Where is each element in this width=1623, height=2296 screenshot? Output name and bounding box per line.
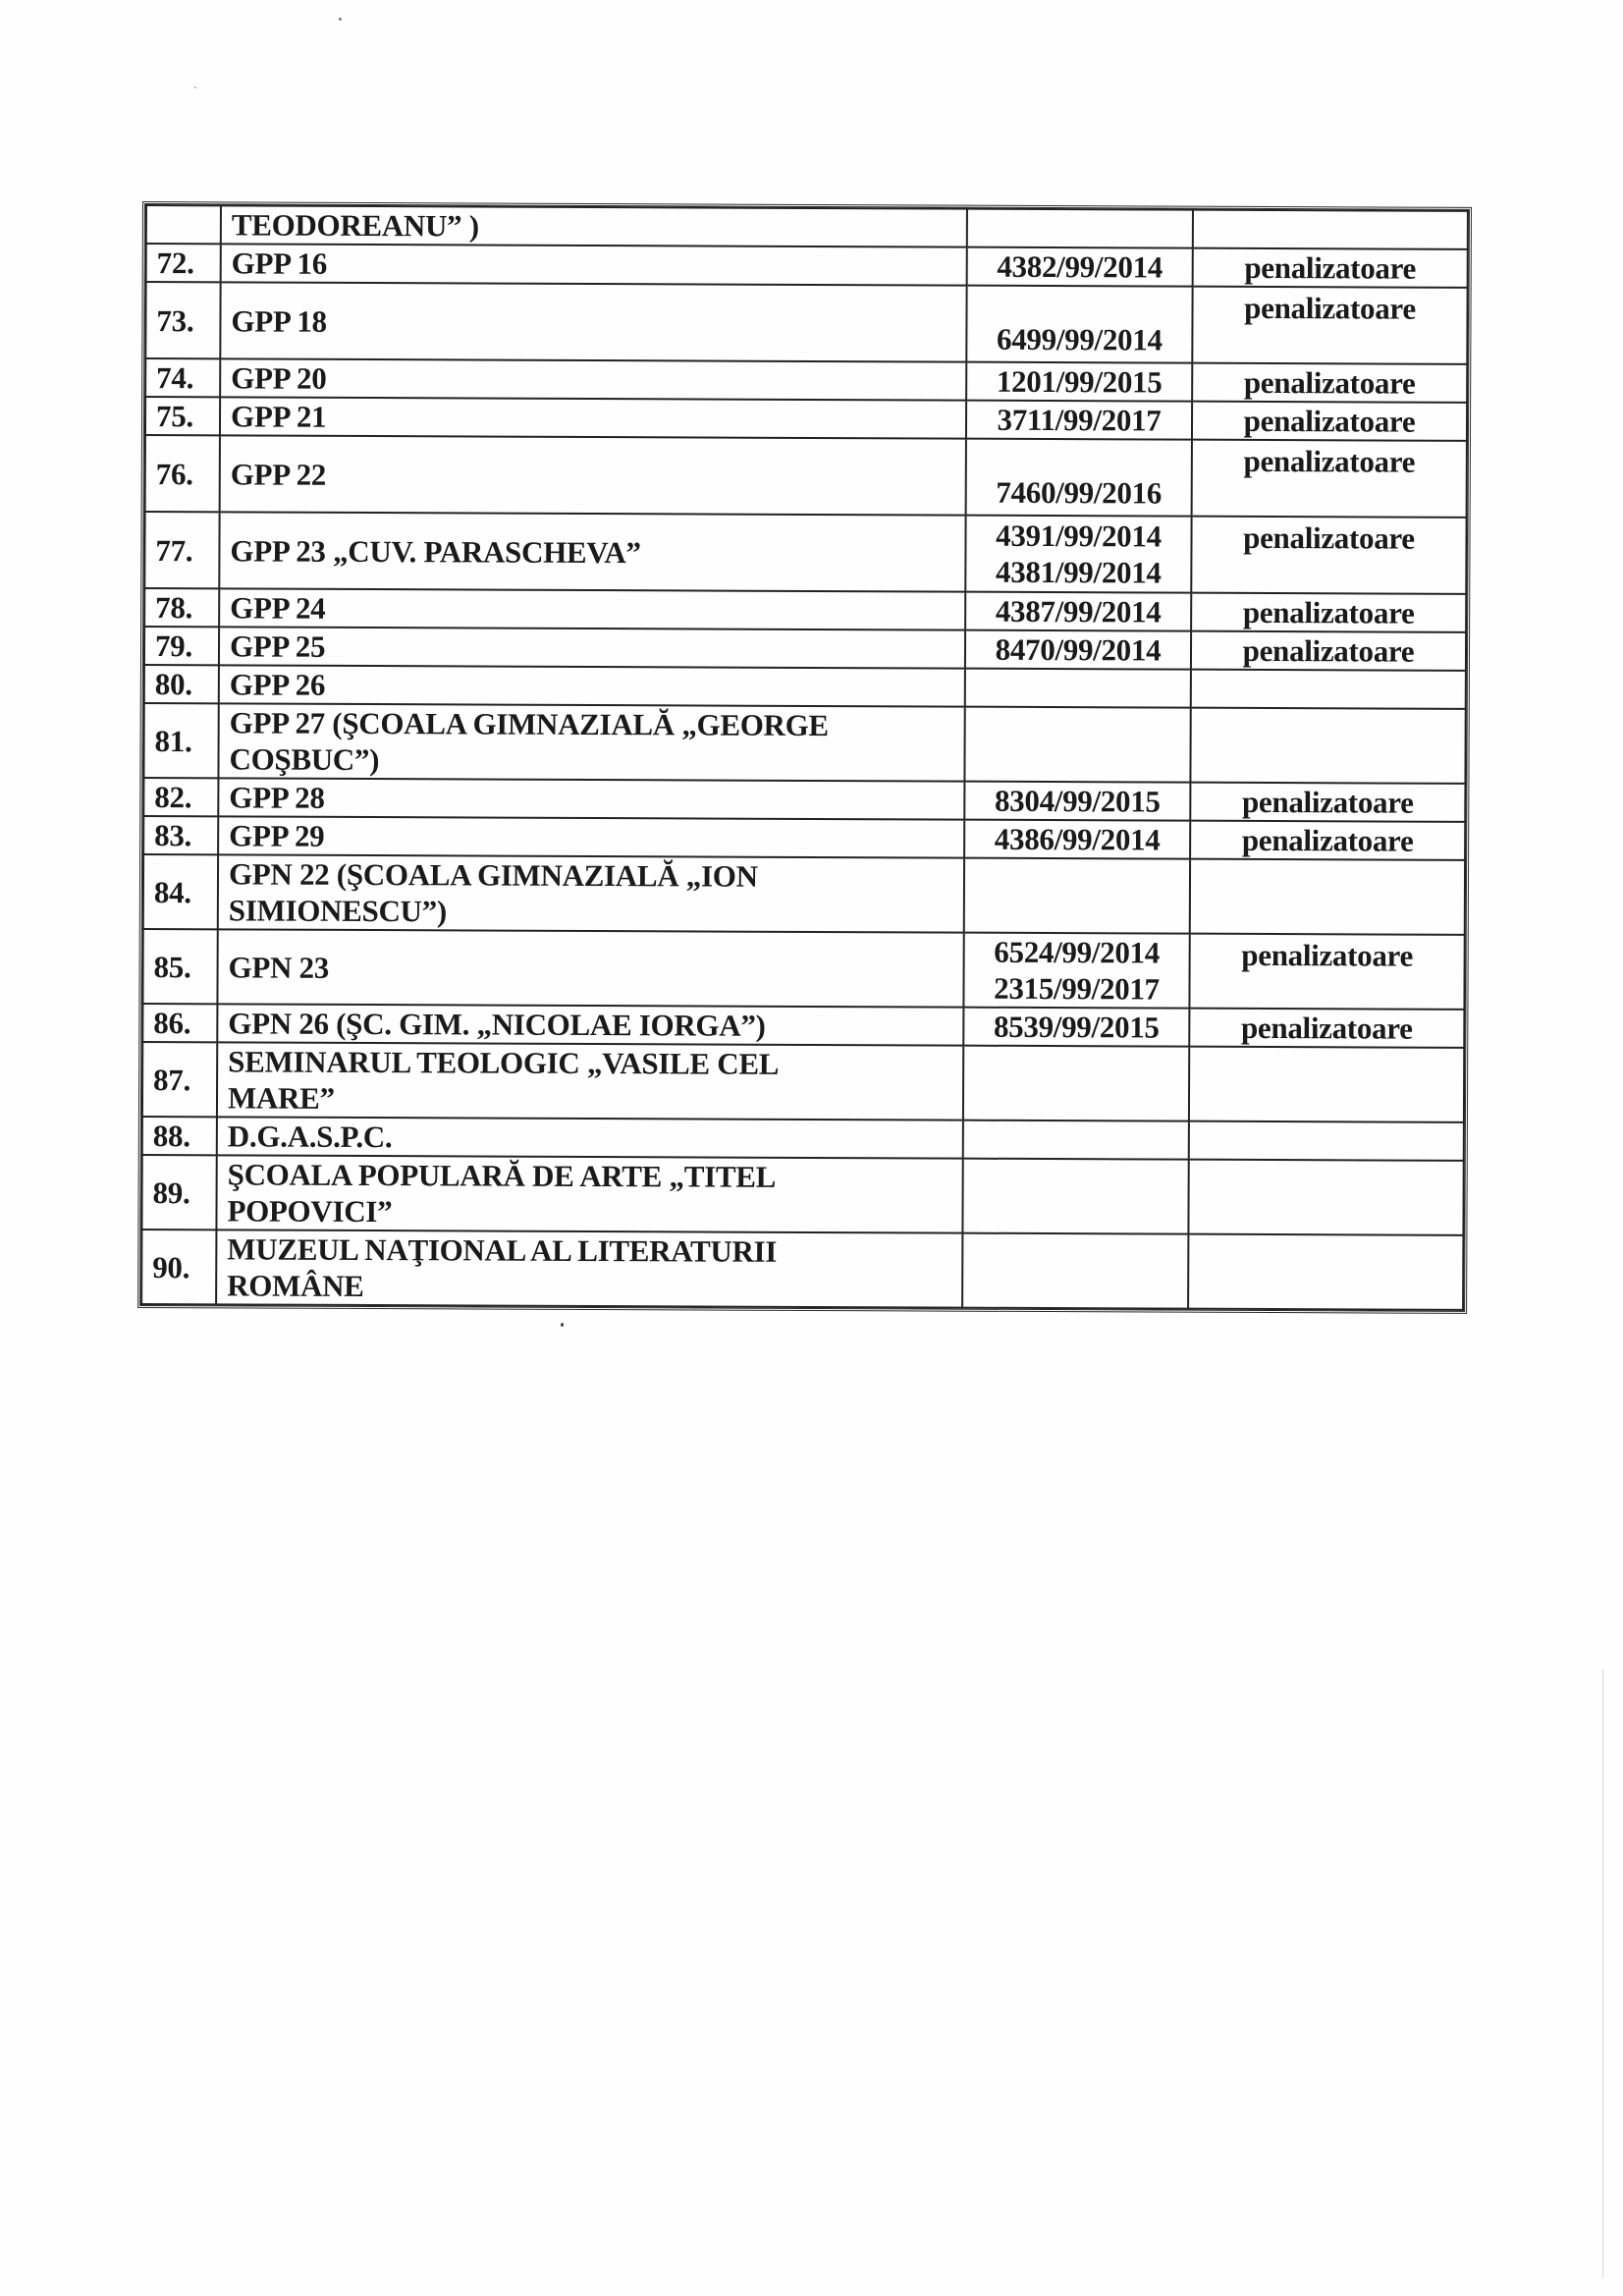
institution-name-line: GPP 24	[230, 589, 954, 629]
table-row: 81. GPP 27 (ŞCOALA GIMNAZIALĂ „GEORGECOŞ…	[143, 703, 1465, 784]
reference-number: 6524/99/2014	[975, 934, 1179, 971]
scan-speck	[561, 1323, 564, 1327]
institution-name-line: GPP 18	[231, 302, 955, 342]
row-number: 72.	[146, 244, 221, 282]
reference-numbers: 4382/99/2014	[967, 247, 1193, 287]
status-cell: penalizatoare	[1191, 593, 1466, 632]
institution-name: GPP 16	[221, 244, 967, 285]
status-cell	[1190, 708, 1465, 784]
status-cell	[1189, 1047, 1464, 1122]
reference-number: 8539/99/2015	[974, 1009, 1178, 1046]
institution-name-line: GPP 28	[229, 779, 953, 818]
row-number: 86.	[142, 1004, 217, 1042]
table-row: 89. ŞCOALA POPULARĂ DE ARTE „TITELPOPOVI…	[141, 1155, 1463, 1235]
reference-number: 4391/99/2014	[976, 518, 1180, 555]
reference-numbers	[963, 1046, 1189, 1121]
status-cell	[1191, 670, 1466, 709]
reference-numbers: 4386/99/2014	[964, 820, 1190, 859]
table-row: 88. D.G.A.S.P.C.	[142, 1117, 1464, 1161]
institution-name: GPP 26	[219, 665, 965, 706]
institution-name: GPP 25	[219, 627, 965, 668]
status-cell: penalizatoare	[1190, 783, 1465, 822]
table-row: 73. GPP 18 6499/99/2014 penalizatoare	[145, 282, 1467, 364]
table-row: 79. GPP 25 8470/99/2014 penalizatoare	[144, 627, 1466, 671]
reference-numbers: 8304/99/2015	[964, 782, 1190, 821]
institution-name-line: POPOVICI”	[227, 1192, 951, 1231]
status-cell: penalizatoare	[1192, 287, 1467, 364]
table-row: 84. GPN 22 (ŞCOALA GIMNAZIALĂ „IONSIMION…	[143, 854, 1465, 935]
institution-name: GPN 26 (ŞC. GIM. „NICOLAE IORGA”)	[217, 1004, 963, 1045]
scan-edge-line	[1602, 1669, 1603, 2278]
institution-name-line: GPP 16	[232, 245, 956, 284]
status-cell	[1190, 859, 1465, 935]
scanned-page: TEODOREANU” ) 72. GPP 16 4382/99/2014 pe…	[0, 0, 1623, 2296]
table-row: 90. MUZEUL NAŢIONAL AL LITERATURIIROMÂNE	[141, 1230, 1463, 1310]
row-number: 80.	[144, 665, 219, 703]
reference-numbers	[964, 858, 1190, 934]
row-number: 77.	[144, 512, 219, 588]
row-number: 79.	[144, 627, 219, 665]
table-row: 85. GPN 23 6524/99/20142315/99/2017 pena…	[142, 929, 1464, 1010]
institution-name-line: ŞCOALA POPULARĂ DE ARTE „TITEL	[228, 1156, 952, 1195]
row-number: 85.	[142, 929, 217, 1004]
reference-number: 6499/99/2014	[977, 321, 1181, 358]
row-number: 78.	[144, 588, 219, 627]
row-number: 81.	[143, 703, 218, 778]
institution-name-line: GPP 26	[230, 666, 954, 705]
institution-name-line: ROMÂNE	[227, 1267, 951, 1306]
institution-name-line: GPN 22 (ŞCOALA GIMNAZIALĂ „ION	[229, 855, 953, 895]
institution-name-line: GPP 23 „CUV. PARASCHEVA”	[230, 532, 954, 572]
institution-name-line: GPP 29	[229, 817, 953, 856]
status-cell	[1188, 1160, 1463, 1235]
table-row: 86. GPN 26 (ŞC. GIM. „NICOLAE IORGA”) 85…	[142, 1004, 1464, 1048]
institution-name-line: SEMINARUL TEOLOGIC „VASILE CEL	[228, 1043, 952, 1082]
institution-name-line: GPN 23	[229, 949, 953, 988]
institution-name-line: D.G.A.S.P.C.	[228, 1118, 952, 1157]
institution-name: ŞCOALA POPULARĂ DE ARTE „TITELPOPOVICI”	[216, 1155, 962, 1232]
row-number	[146, 205, 221, 244]
status-cell: penalizatoare	[1193, 248, 1468, 288]
institution-name: GPP 24	[219, 588, 965, 629]
institution-name: GPP 27 (ŞCOALA GIMNAZIALĂ „GEORGECOŞBUC”…	[218, 703, 964, 781]
institution-name: GPN 23	[217, 929, 963, 1007]
row-number: 83.	[143, 816, 218, 854]
reference-numbers	[967, 209, 1193, 248]
status-cell: penalizatoare	[1189, 934, 1464, 1010]
row-number: 87.	[142, 1042, 217, 1117]
table-row-continuation: TEODOREANU” )	[146, 205, 1468, 249]
institution-name-line: GPP 25	[230, 628, 954, 667]
reference-number: 4387/99/2014	[976, 593, 1180, 630]
institution-name: GPP 21	[220, 397, 966, 438]
institution-name: SEMINARUL TEOLOGIC „VASILE CELMARE”	[217, 1042, 963, 1120]
reference-number: 2315/99/2017	[974, 970, 1178, 1008]
table-row: 83. GPP 29 4386/99/2014 penalizatoare	[143, 816, 1465, 860]
institution-name-line: GPP 27 (ŞCOALA GIMNAZIALĂ „GEORGE	[230, 704, 954, 743]
institution-name-line: GPP 21	[231, 398, 955, 437]
table-row: 87. SEMINARUL TEOLOGIC „VASILE CELMARE”	[142, 1042, 1464, 1122]
row-number: 88.	[142, 1117, 217, 1155]
status-cell	[1188, 1234, 1463, 1310]
status-cell: penalizatoare	[1191, 517, 1466, 594]
status-cell: penalizatoare	[1189, 1009, 1464, 1048]
reference-number: 4381/99/2014	[976, 554, 1180, 591]
row-number: 90.	[141, 1230, 216, 1304]
reference-number: 1201/99/2015	[977, 363, 1181, 401]
institution-name-line: MUZEUL NAŢIONAL AL LITERATURII	[227, 1230, 951, 1270]
status-cell: penalizatoare	[1191, 631, 1466, 671]
reference-numbers	[964, 707, 1190, 783]
institution-name-line: MARE”	[228, 1079, 952, 1119]
reference-number: 4386/99/2014	[975, 821, 1179, 858]
reference-numbers: 1201/99/2015	[966, 362, 1192, 402]
table-row: 75. GPP 21 3711/99/2017 penalizatoare	[145, 397, 1467, 441]
reference-numbers: 3711/99/2017	[966, 401, 1192, 440]
reference-number: 3711/99/2017	[977, 402, 1181, 439]
reference-number: 8304/99/2015	[975, 783, 1179, 820]
table-row: 72. GPP 16 4382/99/2014 penalizatoare	[146, 244, 1468, 288]
institutions-table-grid: TEODOREANU” ) 72. GPP 16 4382/99/2014 pe…	[140, 204, 1469, 1311]
institution-name-line: COŞBUC”)	[229, 740, 953, 780]
row-number: 73.	[145, 282, 220, 358]
status-cell	[1193, 210, 1468, 249]
institution-name: MUZEUL NAŢIONAL AL LITERATURIIROMÂNE	[216, 1230, 962, 1307]
institution-name: GPP 18	[220, 282, 966, 361]
reference-numbers: 4391/99/20144381/99/2014	[965, 516, 1191, 593]
reference-number: 8470/99/2014	[976, 631, 1180, 669]
institution-name: GPP 23 „CUV. PARASCHEVA”	[219, 512, 965, 591]
status-cell: penalizatoare	[1190, 821, 1465, 860]
reference-numbers: 4387/99/2014	[965, 592, 1191, 631]
table-row: 77. GPP 23 „CUV. PARASCHEVA” 4391/99/201…	[144, 512, 1466, 594]
status-cell: penalizatoare	[1192, 440, 1467, 518]
table-row: 82. GPP 28 8304/99/2015 penalizatoare	[143, 778, 1465, 822]
reference-numbers	[962, 1159, 1188, 1234]
institution-name: GPN 22 (ŞCOALA GIMNAZIALĂ „IONSIMIONESCU…	[218, 854, 964, 932]
institution-name-line: GPP 20	[231, 359, 955, 399]
reference-number: 7460/99/2016	[977, 474, 1181, 512]
reference-numbers: 7460/99/2016	[966, 439, 1192, 517]
institution-name-line: GPN 26 (ŞC. GIM. „NICOLAE IORGA”)	[228, 1005, 952, 1044]
row-number: 89.	[141, 1155, 216, 1230]
institution-name: TEODOREANU” )	[221, 205, 967, 246]
table-row: 80. GPP 26	[144, 665, 1466, 709]
institution-name: GPP 28	[218, 778, 964, 819]
institution-name: GPP 29	[218, 816, 964, 857]
institution-name: D.G.A.S.P.C.	[217, 1117, 963, 1158]
reference-numbers: 8470/99/2014	[965, 630, 1191, 670]
institution-name: GPP 20	[220, 358, 966, 400]
institution-name-line: GPP 22	[231, 456, 955, 495]
reference-numbers: 6524/99/20142315/99/2017	[963, 933, 1189, 1009]
table-row: 76. GPP 22 7460/99/2016 penalizatoare	[145, 435, 1467, 518]
institution-name-line: SIMIONESCU”)	[229, 892, 953, 931]
row-number: 75.	[145, 397, 220, 435]
reference-numbers	[963, 1121, 1189, 1160]
reference-numbers: 6499/99/2014	[966, 286, 1192, 363]
reference-numbers	[962, 1233, 1188, 1309]
reference-numbers: 8539/99/2015	[963, 1008, 1189, 1047]
reference-number: 4382/99/2014	[978, 248, 1182, 286]
row-number: 82.	[143, 778, 218, 816]
status-cell: penalizatoare	[1192, 402, 1467, 441]
institution-name: GPP 22	[220, 435, 966, 515]
row-number: 76.	[145, 435, 220, 512]
status-cell	[1189, 1121, 1464, 1161]
reference-numbers	[965, 669, 1191, 708]
row-number: 84.	[143, 854, 218, 929]
table-row: 78. GPP 24 4387/99/2014 penalizatoare	[144, 588, 1466, 632]
table-row: 74. GPP 20 1201/99/2015 penalizatoare	[145, 358, 1467, 403]
scan-speck	[194, 86, 196, 88]
scan-speck	[339, 18, 342, 21]
institutions-table: TEODOREANU” ) 72. GPP 16 4382/99/2014 pe…	[137, 201, 1472, 1314]
status-cell: penalizatoare	[1192, 363, 1467, 403]
row-number: 74.	[145, 358, 220, 397]
